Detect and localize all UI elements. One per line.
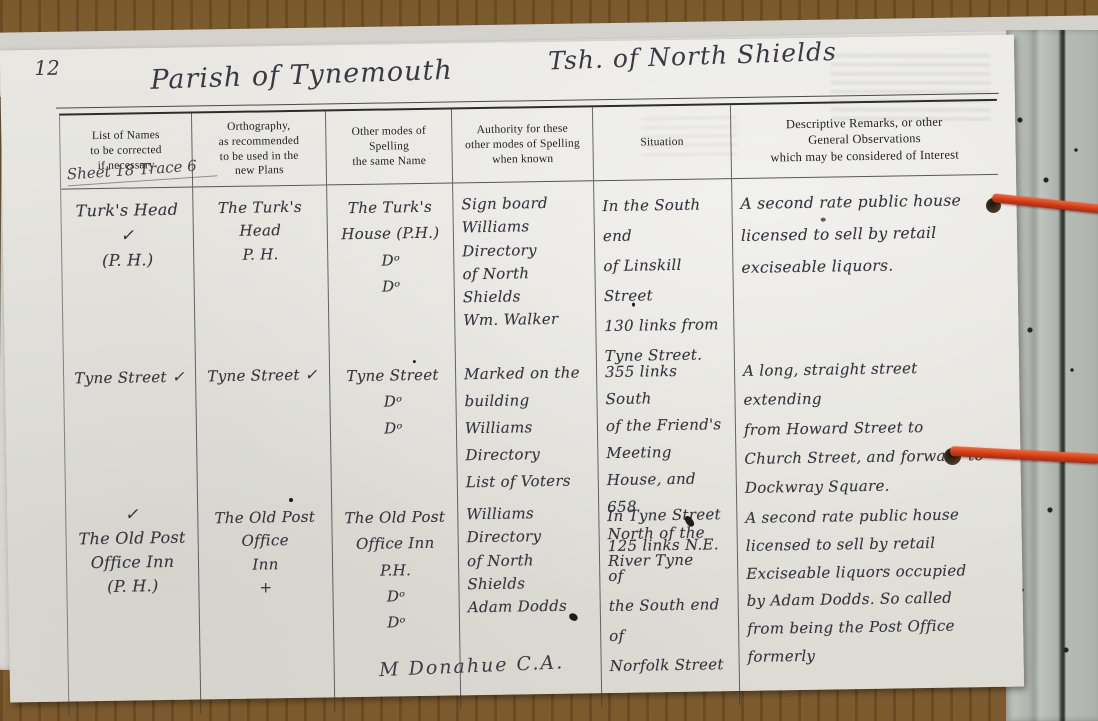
col-header-other-modes: Other modes of Spelling the same Name (326, 109, 453, 185)
ledger-page: 12 Parish of Tynemouth Tsh. of North Shi… (0, 35, 1024, 703)
empty-cell (200, 653, 335, 713)
cell-remarks-old-post-office-inn: A second rate public house licensed to s… (737, 485, 1005, 647)
cell-name-old-post-office-inn: ✓ The Old Post Office Inn (P. H.) (66, 497, 200, 657)
page-number: 12 (34, 56, 60, 80)
cell-orthography-turks-head: The Turk's Head P. H. (193, 185, 330, 355)
empty-cell (739, 643, 1006, 705)
cell-authority-tyne-street: Marked on the building Williams Director… (456, 349, 599, 493)
cell-other-modes-old-post-office-inn: The Old Post Office Inn P.H. Dᵒ Dᵒ (332, 493, 460, 653)
cell-authority-turks-head: Sign board Williams Directory of North S… (453, 181, 597, 351)
township-heading: Tsh. of North Shields (548, 37, 838, 76)
ink-stain (413, 360, 416, 363)
cell-remarks-turks-head: A second rate public house licensed to s… (732, 175, 1001, 347)
empty-cell (68, 655, 201, 715)
cell-other-modes-turks-head: The Turk's House (P.H.) Dᵒ Dᵒ (327, 183, 456, 353)
cell-other-modes-tyne-street: Tyne Street Dᵒ Dᵒ (330, 351, 458, 495)
col-header-authority: Authority for these other modes of Spell… (452, 107, 594, 183)
cell-remarks-tyne-street: A long, straight street extending from H… (735, 343, 1003, 489)
cell-orthography-old-post-office-inn: The Old Post Office Inn + (198, 495, 334, 655)
cell-situation-old-post-office-inn: In Tyne Street 125 links N.E. of the Sou… (599, 489, 739, 649)
ink-stain (289, 498, 293, 502)
ink-stain (821, 218, 826, 222)
name-book-table: List of Names to be corrected if necessa… (59, 99, 1006, 716)
col-header-remarks: Descriptive Remarks, or other General Ob… (731, 101, 998, 179)
cell-authority-old-post-office-inn: Williams Directory of North Shields Adam… (458, 491, 601, 651)
cell-situation-turks-head: In the South end of Linskill Street 130 … (594, 179, 735, 349)
parish-heading: Parish of Tynemouth (150, 55, 453, 96)
cell-name-tyne-street: Tyne Street ✓ (64, 356, 198, 500)
cell-orthography-tyne-street: Tyne Street ✓ (196, 353, 332, 497)
cell-situation-tyne-street: 355 links South of the Friend's Meeting … (597, 347, 737, 491)
ink-stain (632, 303, 635, 307)
cell-name-turks-head: Turk's Head ✓ (P. H.) (61, 188, 196, 358)
col-header-situation: Situation (593, 105, 732, 181)
